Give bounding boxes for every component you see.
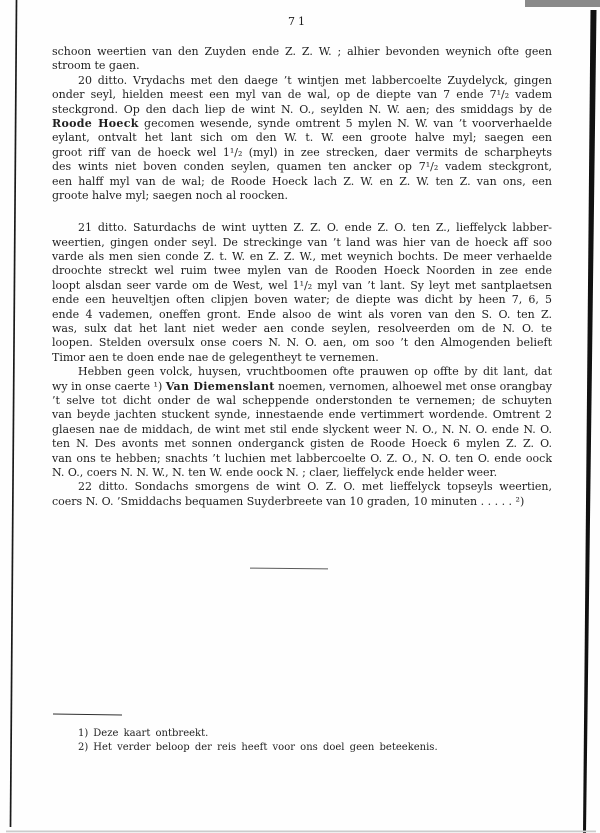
- paragraph-entry-21-ditto: 21 ditto. Saturdachs de wint uytten Z. Z…: [52, 221, 552, 365]
- text-line: 20 ditto. Vrydachs met den daege ’t wint…: [52, 74, 552, 88]
- page-number: 71: [52, 15, 544, 28]
- text-line: steckgrond. Op den dach liep de wint N. …: [52, 103, 552, 117]
- bottom-scan-line: [6, 831, 596, 833]
- text-line: Hebben geen volck, huysen, vruchtboomen …: [52, 365, 552, 379]
- text-line: een halff myl van de wal; de Roode Hoeck…: [52, 175, 552, 189]
- corner-scan-bar: [525, 0, 600, 7]
- paragraph-entry-22-ditto: 22 ditto. Sondachs smorgens de wint O. Z…: [52, 480, 552, 509]
- footnote-separator-rule: [53, 713, 122, 715]
- book-page: 71 schoon weertien van den Zuyden ende Z…: [0, 0, 600, 833]
- text-line: ende een heuveltjen often clipjen boven …: [52, 293, 552, 307]
- text-line: was, sulx dat het lant niet weder aen co…: [52, 322, 552, 336]
- text-line: ende 4 vademen, oneffen gront. Ende also…: [52, 308, 552, 322]
- text-line: stroom te gaen.: [52, 59, 552, 73]
- text-line: droochte streckt wel ruim twee mylen van…: [52, 264, 552, 278]
- paragraph-continuation: schoon weertien van den Zuyden ende Z. Z…: [52, 45, 552, 74]
- footnote-text: Het verder beloop der reis heeft voor on…: [93, 742, 437, 753]
- text-line: des wints niet boven conden seylen, quam…: [52, 160, 552, 174]
- text-line: varde als men sien conde Z. t. W. en Z. …: [52, 250, 552, 264]
- footnotes: 1)Deze kaart ontbreekt. 2)Het verder bel…: [78, 727, 548, 754]
- text-line: ten N. Des avonts met sonnen onderganck …: [52, 437, 552, 451]
- right-page-edge-line: [583, 10, 597, 833]
- text-line: van ons te hebben; snachts ’t luchien me…: [52, 452, 552, 466]
- text-line: ’t selve tot dicht onder de wal scheppen…: [52, 394, 552, 408]
- text-line: coers N. O. ’Smiddachs bequamen Suyderbr…: [52, 495, 552, 509]
- left-page-edge-line: [11, 0, 17, 827]
- bold-place-name: Van Diemenslant: [166, 380, 275, 393]
- text-line: schoon weertien van den Zuyden ende Z. Z…: [52, 45, 552, 59]
- text-line: loopt alsdan seer varde om de West, wel …: [52, 279, 552, 293]
- footnote-marker: 2): [78, 742, 88, 753]
- text-line: glaesen nae de middach, de wint met stil…: [52, 423, 552, 437]
- text-line: Timor aen te doen ende nae de gelegenthe…: [52, 351, 552, 365]
- text-line: eylant, ontvalt het lant sich om den W. …: [52, 131, 552, 145]
- text-line: van beyde jachten stuckent synde, innest…: [52, 408, 552, 422]
- section-divider-rule: [250, 568, 328, 570]
- text-line: N. O., coers N. N. W., N. ten W. ende oo…: [52, 466, 552, 480]
- text-line: Roode Hoeck gecomen wesende, synde omtre…: [52, 117, 552, 131]
- footnote-marker: 1): [78, 728, 88, 739]
- text-line: groote halve myl; saegen noch al roocken…: [52, 189, 552, 203]
- footnote-text: Deze kaart ontbreekt.: [93, 728, 208, 739]
- paragraph-entry-20-ditto: 20 ditto. Vrydachs met den daege ’t wint…: [52, 74, 552, 204]
- text-line: onder seyl, hielden meest een myl van de…: [52, 88, 552, 102]
- text-line: wy in onse caerte ¹) Van Diemenslant noe…: [52, 380, 552, 394]
- text-line: groot riff van de hoeck wel 1¹/₂ (myl) i…: [52, 146, 552, 160]
- footnote-item: 1)Deze kaart ontbreekt.: [78, 727, 548, 741]
- footnote-item: 2)Het verder beloop der reis heeft voor …: [78, 741, 548, 755]
- text-line: 21 ditto. Saturdachs de wint uytten Z. Z…: [52, 221, 552, 235]
- text-line: loopen. Stelden oversulx onse coers N. N…: [52, 336, 552, 350]
- text-line: 22 ditto. Sondachs smorgens de wint O. Z…: [52, 480, 552, 494]
- paragraph-entry-hebben: Hebben geen volck, huysen, vruchtboomen …: [52, 365, 552, 480]
- bold-place-name: Roode Hoeck: [52, 117, 139, 130]
- body-text: schoon weertien van den Zuyden ende Z. Z…: [52, 45, 552, 509]
- text-line: weertien, gingen onder seyl. De streckin…: [52, 236, 552, 250]
